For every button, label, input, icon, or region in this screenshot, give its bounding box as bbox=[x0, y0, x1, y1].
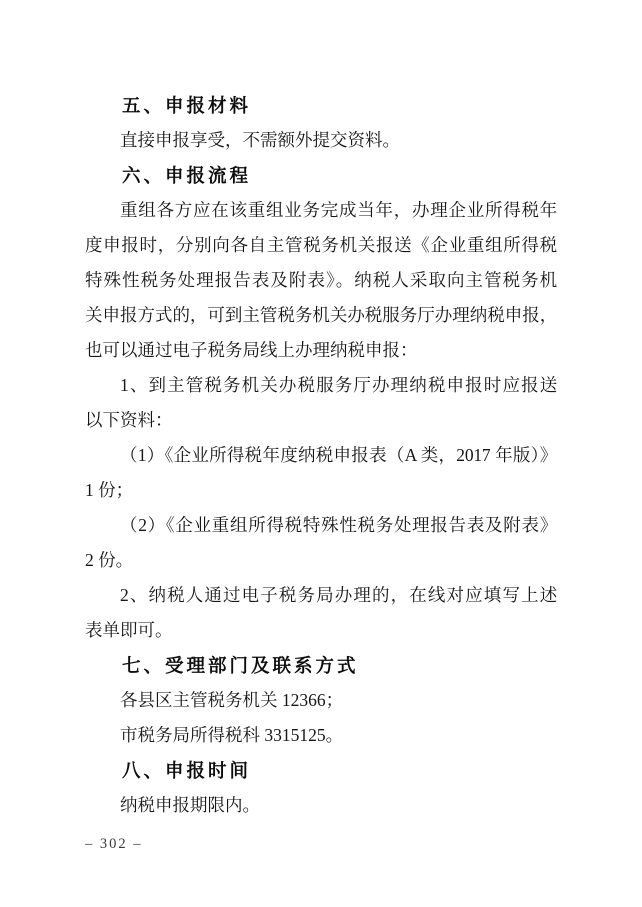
body-line: 1 份； bbox=[85, 473, 557, 508]
document-body: 五、申报材料 直接申报享受，不需额外提交资料。 六、申报流程 重组各方应在该重组… bbox=[85, 88, 557, 823]
body-line: 2 份。 bbox=[85, 543, 557, 578]
body-line: 纳税申报期限内。 bbox=[85, 788, 557, 823]
body-line: 度申报时，分别向各自主管税务机关报送《企业重组所得税 bbox=[85, 228, 557, 263]
section-7-heading: 七、受理部门及联系方式 bbox=[85, 648, 557, 683]
body-line: 以下资料： bbox=[85, 403, 557, 438]
body-line: 市税务局所得税科 3315125。 bbox=[85, 718, 557, 753]
document-page: 五、申报材料 直接申报享受，不需额外提交资料。 六、申报流程 重组各方应在该重组… bbox=[0, 0, 642, 907]
body-line: 关申报方式的，可到主管税务机关办税服务厅办理纳税申报， bbox=[85, 298, 557, 333]
section-5-heading: 五、申报材料 bbox=[85, 88, 557, 123]
page-number: – 302 – bbox=[85, 834, 143, 854]
body-line: 2、纳税人通过电子税务局办理的，在线对应填写上述 bbox=[85, 578, 557, 613]
body-line: 特殊性税务处理报告表及附表》。纳税人采取向主管税务机 bbox=[85, 263, 557, 298]
body-line: 表单即可。 bbox=[85, 613, 557, 648]
body-line: 1、到主管税务机关办税服务厅办理纳税申报时应报送 bbox=[85, 368, 557, 403]
section-8-heading: 八、申报时间 bbox=[85, 753, 557, 788]
body-line: 各县区主管税务机关 12366； bbox=[85, 683, 557, 718]
body-line: （2）《企业重组所得税特殊性税务处理报告表及附表》 bbox=[85, 508, 557, 543]
section-6-heading: 六、申报流程 bbox=[85, 158, 557, 193]
body-line: 直接申报享受，不需额外提交资料。 bbox=[85, 123, 557, 158]
body-line: 重组各方应在该重组业务完成当年，办理企业所得税年 bbox=[85, 193, 557, 228]
body-line: 也可以通过电子税务局线上办理纳税申报： bbox=[85, 333, 557, 368]
body-line: （1）《企业所得税年度纳税申报表（A 类，2017 年版）》 bbox=[85, 438, 557, 473]
